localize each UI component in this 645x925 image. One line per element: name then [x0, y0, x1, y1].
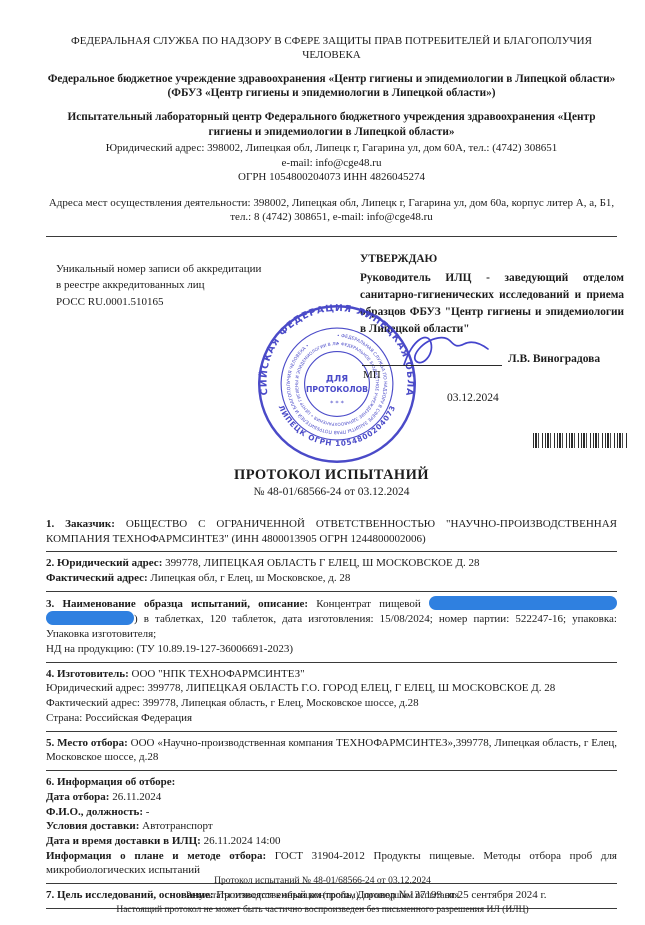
signature-line [362, 365, 502, 366]
email: e-mail: info@cge48.ru [46, 156, 617, 170]
barcode [533, 433, 629, 448]
customer-value: ОБЩЕСТВО С ОГРАНИЧЕННОЙ ОТВЕТСТВЕННОСТЬЮ… [46, 518, 617, 545]
section-manufacturer: 4. Изготовитель: ООО "НПК ТЕХНОФАРМСИНТЕ… [46, 663, 617, 732]
footer-protocol-number: Протокол испытаний № 48-01/68566-24 от 0… [0, 874, 645, 889]
stamp-center-line-2: ПРОТОКОЛОВ [306, 385, 368, 394]
sampling-date-value: 26.11.2024 [109, 791, 161, 803]
laboratory-center-name: Испытательный лабораторный центр Федерал… [46, 110, 617, 139]
delivery-conditions-label: Условия доставки: [46, 820, 139, 832]
nd-product: НД на продукцию: (ТУ 10.89.19-127-360066… [46, 642, 617, 657]
approval-area: Уникальный номер записи об аккредитации … [46, 237, 617, 463]
section-customer: 1. Заказчик: ОБЩЕСТВО С ОГРАНИЧЕННОЙ ОТВ… [46, 513, 617, 552]
footer-reproduction-note: Настоящий протокол не может быть частичн… [0, 903, 645, 918]
section-sampling-place: 5. Место отбора: ООО «Научно-производств… [46, 732, 617, 771]
manufacturer-actual-address: Фактический адрес: 399778, Липецкая обла… [46, 696, 617, 711]
document-header: ФЕДЕРАЛЬНАЯ СЛУЖБА ПО НАДЗОРУ В СФЕРЕ ЗА… [46, 0, 617, 225]
redaction-pill [429, 596, 617, 610]
agency-name: ФЕДЕРАЛЬНАЯ СЛУЖБА ПО НАДЗОРУ В СФЕРЕ ЗА… [46, 34, 617, 63]
sampler-name-label: Ф.И.О., должность: [46, 806, 143, 818]
sampling-place-label: 5. Место отбора: [46, 737, 128, 749]
delivery-conditions-value: Автотранспорт [139, 820, 212, 832]
redaction-pill [46, 611, 134, 625]
sample-text-1: Концентрат пищевой [308, 598, 429, 610]
delivery-datetime-label: Дата и время доставки в ИЛЦ: [46, 835, 201, 847]
organization-name: Федеральное бюджетное учреждение здравоо… [46, 72, 617, 101]
actual-address-label: Фактический адрес: [46, 572, 148, 584]
manufacturer-legal-address: Юридический адрес: 399778, ЛИПЕЦКАЯ ОБЛА… [46, 681, 617, 696]
section-customer-address: 2. Юридический адрес: 399778, ЛИПЕЦКАЯ О… [46, 552, 617, 591]
signature-icon [398, 327, 494, 379]
approval-title: УТВЕРЖДАЮ [360, 251, 624, 268]
section-sampling-info: 6. Информация об отборе: Дата отбора: 26… [46, 771, 617, 884]
sampling-method-label: Информация о плане и методе отбора: [46, 850, 266, 862]
accreditation-line-1: Уникальный номер записи об аккредитации [56, 261, 261, 278]
page-footer: Протокол испытаний № 48-01/68566-24 от 0… [0, 874, 645, 918]
accreditation-block: Уникальный номер записи об аккредитации … [56, 261, 261, 311]
approval-date: 03.12.2024 [447, 392, 499, 404]
section-sample-description: 3. Наименование образца испытаний, описа… [46, 592, 617, 663]
legal-address-value: 399778, ЛИПЕЦКАЯ ОБЛАСТЬ Г ЕЛЕЦ, Ш МОСКО… [162, 557, 479, 569]
sampling-info-title: 6. Информация об отборе: [46, 775, 617, 790]
footer-results-note: Результаты относятся к образцам (пробам)… [0, 889, 645, 904]
document-title: ПРОТОКОЛ ИСПЫТАНИЙ [46, 467, 617, 484]
sampler-name-value: - [143, 806, 149, 818]
manufacturer-value: ООО "НПК ТЕХНОФАРМСИНТЕЗ" [129, 668, 305, 680]
stamp-place-label: МП [363, 369, 381, 381]
customer-label: 1. Заказчик: [46, 518, 115, 530]
sampling-date-label: Дата отбора: [46, 791, 109, 803]
accreditation-line-2: в реестре аккредитованных лиц [56, 277, 261, 294]
title-block: ПРОТОКОЛ ИСПЫТАНИЙ № 48-01/68566-24 от 0… [46, 467, 617, 498]
round-stamp-icon: РОССИЙСКАЯ ФЕДЕРАЦИЯ ЛИПЕЦКАЯ ОБЛАСТЬ ЛИ… [256, 303, 418, 465]
actual-address-value: Липецкая обл, г Елец, ш Московское, д. 2… [148, 572, 351, 584]
legal-address-label: 2. Юридический адрес: [46, 557, 162, 569]
legal-address: Юридический адрес: 398002, Липецкая обл,… [46, 141, 617, 155]
accreditation-number: РОСС RU.0001.510165 [56, 294, 261, 311]
stamp-center-line-1: ДЛЯ [326, 374, 348, 384]
signer-name: Л.В. Виноградова [508, 353, 600, 365]
sampling-place-value: ООО «Научно-производственная компания ТЕ… [46, 737, 617, 764]
activity-addresses: Адреса мест осуществления деятельности: … [46, 196, 617, 225]
protocol-document: ФЕДЕРАЛЬНАЯ СЛУЖБА ПО НАДЗОРУ В СФЕРЕ ЗА… [0, 0, 645, 925]
protocol-sections: 1. Заказчик: ОБЩЕСТВО С ОГРАНИЧЕННОЙ ОТВ… [46, 513, 617, 909]
document-number: № 48-01/68566-24 от 03.12.2024 [46, 486, 617, 498]
stamp-stars: * * * [330, 399, 345, 407]
delivery-datetime-value: 26.11.2024 14:00 [201, 835, 281, 847]
sample-label: 3. Наименование образца испытаний, описа… [46, 598, 308, 610]
ogrn-inn: ОГРН 1054800204073 ИНН 4826045274 [46, 170, 617, 184]
manufacturer-country: Страна: Российская Федерация [46, 711, 617, 726]
manufacturer-label: 4. Изготовитель: [46, 668, 129, 680]
